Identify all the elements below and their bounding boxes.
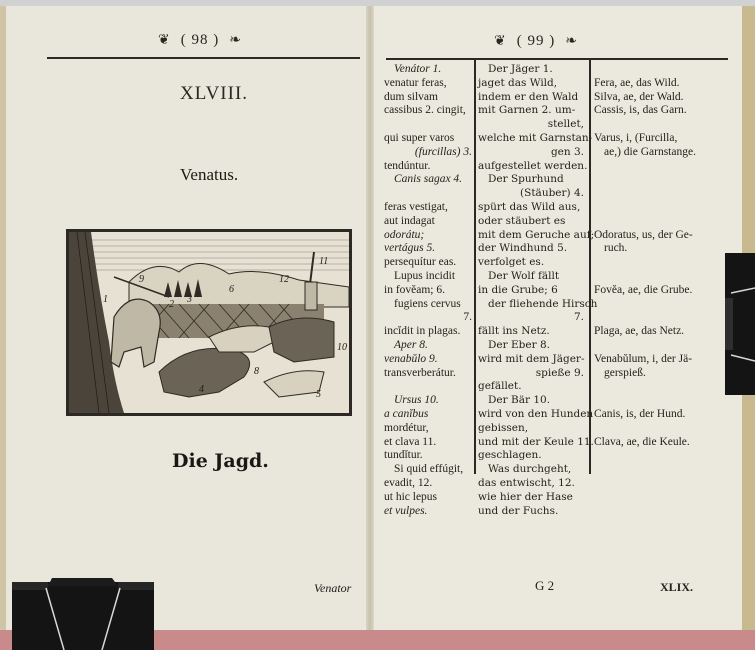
latin-line: aut indagat: [384, 215, 472, 229]
german-line: fällt ins Netz.: [478, 325, 584, 339]
vocab-line: [594, 298, 739, 312]
vocab-line: [594, 422, 739, 436]
latin-line: Ursus 10.: [384, 394, 472, 408]
vocab-line: Fera, ae, das Wild.: [594, 77, 739, 91]
binder-clip-bottom-icon: [12, 576, 154, 650]
german-line: wird von den Hunden: [478, 408, 584, 422]
left-catchword: Venator: [314, 581, 351, 596]
latin-line: Lupus incidit: [384, 270, 472, 284]
latin-line: et vulpes.: [384, 505, 472, 519]
german-line: stellet,: [478, 118, 584, 132]
latin-line: transverberátur.: [384, 367, 472, 381]
latin-line: evadit, 12.: [384, 477, 472, 491]
latin-line: Si quid effúgit,: [384, 463, 472, 477]
svg-text:12: 12: [279, 274, 289, 285]
svg-text:8: 8: [254, 366, 259, 377]
german-line: indem er den Wald: [478, 91, 584, 105]
german-line: in die Grube; 6: [478, 284, 584, 298]
latin-line: tundĭtur.: [384, 449, 472, 463]
latin-line: incĭdit in plagas.: [384, 325, 472, 339]
german-line: welche mit Garnstan-: [478, 132, 584, 146]
german-line: und mit der Keule 11.: [478, 436, 584, 450]
latin-line: a canĭbus: [384, 408, 472, 422]
svg-text:5: 5: [316, 389, 321, 400]
right-running-head: ❦( 99 )❧: [484, 33, 588, 50]
vocab-line: [594, 311, 739, 325]
fleuron-right-icon: ❧: [565, 33, 578, 50]
svg-text:2: 2: [169, 299, 174, 310]
latin-line: Canis sagax 4.: [384, 173, 472, 187]
german-line: spieße 9.: [478, 367, 584, 381]
german-line: Der Bär 10.: [478, 394, 584, 408]
svg-text:4: 4: [199, 384, 204, 395]
svg-text:1: 1: [103, 294, 108, 305]
book-gutter: [366, 6, 374, 636]
german-line: gefället.: [478, 380, 584, 394]
german-line: Der Jäger 1.: [478, 63, 584, 77]
latin-line: (furcillas) 3.: [384, 146, 472, 160]
vocab-line: Clava, ae, die Keule.: [594, 436, 739, 450]
vocab-line: ruch.: [594, 242, 739, 256]
german-line: das entwischt, 12.: [478, 477, 584, 491]
vocab-line: Varus, i, (Furcilla,: [594, 132, 739, 146]
latin-line: feras vestigat,: [384, 201, 472, 215]
column-divider-1: [474, 60, 476, 474]
vocab-line: [594, 187, 739, 201]
latin-line: fugiens cervus: [384, 298, 472, 312]
german-line: mit dem Geruche auf;: [478, 229, 584, 243]
german-line: geschlagen.: [478, 449, 584, 463]
woodcut-image: 123 456 8910 1112: [69, 232, 349, 413]
vocab-line: [594, 463, 739, 477]
latin-line: mordétur,: [384, 422, 472, 436]
vocab-line: Cassis, is, das Garn.: [594, 104, 739, 118]
vocab-line: [594, 394, 739, 408]
german-line: Der Spurhund: [478, 173, 584, 187]
german-line: der Windhund 5.: [478, 242, 584, 256]
german-line: verfolget es.: [478, 256, 584, 270]
fleuron-right-icon: ❧: [229, 32, 242, 49]
german-line: gen 3.: [478, 146, 584, 160]
right-catchword: XLIX.: [660, 580, 693, 595]
left-running-head: ❦( 98 )❧: [148, 32, 252, 49]
latin-line: qui super varos: [384, 132, 472, 146]
vocab-line: [594, 160, 739, 174]
chapter-number: XLVIII.: [180, 83, 248, 105]
fleuron-left-icon: ❦: [158, 32, 171, 49]
svg-text:10: 10: [337, 342, 347, 353]
vocab-line: Canis, is, der Hund.: [594, 408, 739, 422]
vocab-line: gerspieß.: [594, 367, 739, 381]
signature-mark: G 2: [535, 578, 554, 594]
german-line: und der Fuchs.: [478, 505, 584, 519]
svg-text:9: 9: [139, 274, 144, 285]
german-line: aufgestellet werden.: [478, 160, 584, 174]
latin-line: tendúntur.: [384, 160, 472, 174]
german-line: Was durchgeht,: [478, 463, 584, 477]
svg-text:6: 6: [229, 284, 234, 295]
vocab-line: [594, 477, 739, 491]
german-line: 7.: [478, 311, 584, 325]
latin-line: persequítur eas.: [384, 256, 472, 270]
latin-line: venatur feras,: [384, 77, 472, 91]
vocab-line: Odoratus, us, der Ge-: [594, 229, 739, 243]
german-column: Der Jäger 1. jaget das Wild, indem er de…: [478, 63, 584, 518]
latin-line: Venátor 1.: [384, 63, 472, 77]
vocab-line: [594, 118, 739, 132]
left-header-rule: [47, 57, 360, 59]
latin-line: et clava 11.: [384, 436, 472, 450]
svg-text:3: 3: [186, 294, 192, 305]
vocab-line: [594, 339, 739, 353]
vocab-line: [594, 173, 739, 187]
german-line: Der Eber 8.: [478, 339, 584, 353]
german-line: wird mit dem Jäger-: [478, 353, 584, 367]
latin-line: Aper 8.: [384, 339, 472, 353]
vocab-line: [594, 505, 739, 519]
latin-line: ut hic lepus: [384, 491, 472, 505]
svg-text:11: 11: [319, 256, 328, 267]
latin-line: vertágus 5.: [384, 242, 472, 256]
latin-line: [384, 118, 472, 132]
german-line: Der Wolf fällt: [478, 270, 584, 284]
german-line: gebissen,: [478, 422, 584, 436]
vocab-line: [594, 380, 739, 394]
latin-line: odorátu;: [384, 229, 472, 243]
latin-line: 7.: [384, 311, 472, 325]
vocab-line: [594, 201, 739, 215]
vocab-line: Plaga, ae, das Netz.: [594, 325, 739, 339]
vocab-line: [594, 270, 739, 284]
vocab-line: ae,) die Garnstange.: [594, 146, 739, 160]
german-line: oder stäubert es: [478, 215, 584, 229]
right-page-number: ( 99 ): [517, 33, 556, 49]
right-header-rule: [386, 58, 728, 60]
title-latin: Venatus.: [180, 165, 238, 185]
german-line: wie hier der Hase: [478, 491, 584, 505]
vocab-line: [594, 449, 739, 463]
latin-line: in fovĕam; 6.: [384, 284, 472, 298]
german-line: mit Garnen 2. um-: [478, 104, 584, 118]
vocabulary-column: Fera, ae, das Wild. Silva, ae, der Wald.…: [594, 63, 739, 518]
vocab-line: [594, 63, 739, 77]
latin-column: Venátor 1. venatur feras, dum silvam cas…: [384, 63, 472, 518]
latin-line: [384, 187, 472, 201]
hunting-woodcut-illustration: 123 456 8910 1112: [66, 229, 352, 416]
german-line: jaget das Wild,: [478, 77, 584, 91]
vocab-line: Fovĕa, ae, die Grube.: [594, 284, 739, 298]
vocab-line: [594, 256, 739, 270]
german-line: (Stäuber) 4.: [478, 187, 584, 201]
latin-line: [384, 380, 472, 394]
left-page-number: ( 98 ): [181, 32, 220, 48]
latin-line: cassibus 2. cingit,: [384, 104, 472, 118]
vocab-line: Silva, ae, der Wald.: [594, 91, 739, 105]
binder-clip-right-icon: [725, 253, 755, 395]
vocab-line: [594, 215, 739, 229]
vocab-line: Venabŭlum, i, der Jä-: [594, 353, 739, 367]
german-line: der fliehende Hirsch: [478, 298, 584, 312]
german-line: spürt das Wild aus,: [478, 201, 584, 215]
title-german: Die Jagd.: [172, 450, 269, 472]
fleuron-left-icon: ❦: [494, 33, 507, 50]
latin-line: dum silvam: [384, 91, 472, 105]
vocab-line: [594, 491, 739, 505]
latin-line: venabŭlo 9.: [384, 353, 472, 367]
